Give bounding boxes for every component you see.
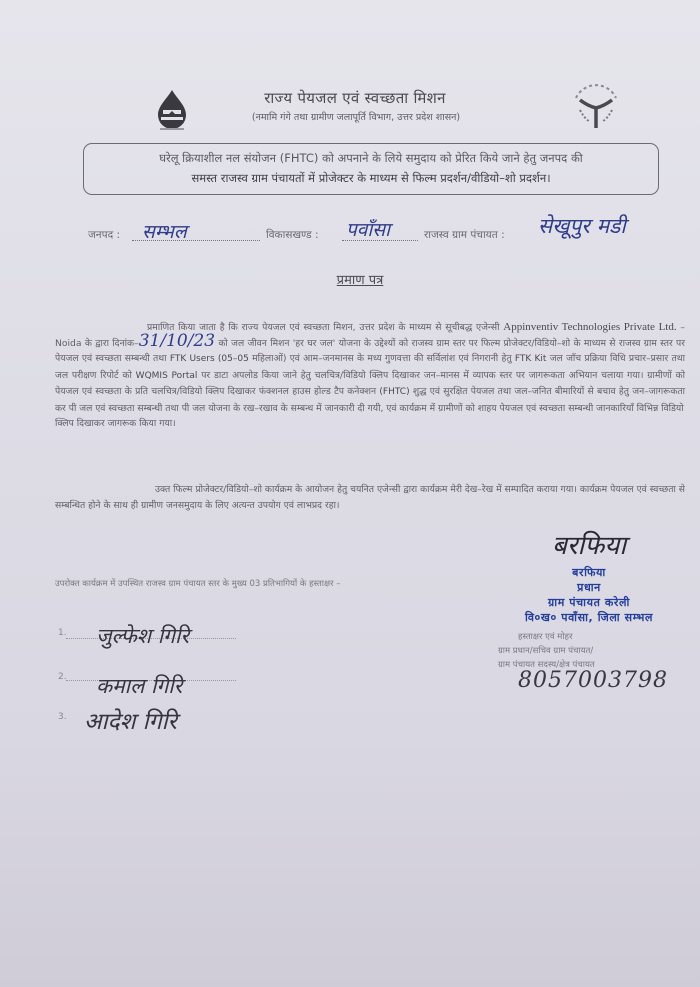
certificate-title: प्रमाण पत्र [300, 270, 420, 288]
sign-label: हस्ताक्षर एवं मोहर [498, 630, 678, 644]
attendee-number-3: 3. [58, 712, 67, 722]
district-label: जनपद : [88, 228, 120, 242]
stamp-panchayat: ग्राम पंचायत करेली [494, 595, 684, 610]
phone-number: 8057003798 [518, 668, 668, 693]
agency-name: Appinventiv Technologies Private Ltd. [503, 321, 676, 333]
attendee-signature-1: जुल्फेश गिरि [96, 622, 189, 650]
official-stamp: बरफिया प्रधान ग्राम पंचायत करेली वि०ख० प… [494, 565, 684, 625]
attendees-note: उपरोक्त कार्यक्रम में उपस्थित राजस्व ग्र… [55, 578, 415, 591]
stamp-block: वि०ख० पवाँसा, जिला सम्भल [494, 610, 684, 625]
panchayat-label: राजस्व ग्राम पंचायत : [424, 228, 505, 242]
block-value: पवाँसा [346, 216, 390, 242]
stamp-name: बरफिया [494, 565, 684, 580]
certificate-page: राज्य पेयजल एवं स्वच्छता मिशन (नमामि गंग… [0, 0, 700, 987]
location-fields: जनपद : सम्भल विकासखण्ड : पवाँसा राजस्व ग… [88, 218, 688, 254]
banner-line-2: समस्त राजस्व ग्राम पंचायतों में प्रोजेक्… [84, 168, 658, 188]
certificate-body: प्रमाणित किया जाता है कि राज्य पेयजल एवं… [55, 320, 685, 432]
role-line-1: ग्राम प्रधान/सचिव ग्राम पंचायत/ [498, 644, 678, 658]
stamp-post: प्रधान [494, 580, 684, 595]
mission-title: राज्य पेयजल एवं स्वच्छता मिशन [0, 88, 700, 108]
attendee-number-1: 1. [58, 628, 67, 638]
mission-subtitle: (नमामि गंगे तथा ग्रामीण जलापूर्ति विभाग,… [0, 110, 700, 123]
event-date: 31/10/23 [139, 331, 215, 351]
pradhan-signature: बरफिया [552, 526, 626, 562]
attendee-signature-3: आदेश गिरि [84, 704, 177, 736]
panchayat-value: सेखूपुर मडी [538, 212, 626, 240]
banner-line-1: घरेलू क्रियाशील नल संयोजन (FHTC) को अपना… [84, 148, 658, 168]
signatory-role: हस्ताक्षर एवं मोहर ग्राम प्रधान/सचिव ग्र… [498, 630, 678, 672]
certificate-body-2: उक्त फिल्म प्रोजेक्टर/विडियो–शो कार्यक्र… [55, 482, 685, 513]
program-banner: घरेलू क्रियाशील नल संयोजन (FHTC) को अपना… [83, 143, 659, 195]
block-label: विकासखण्ड : [266, 228, 319, 242]
attendee-signature-2: कमाल गिरि [96, 672, 182, 700]
district-value: सम्भल [142, 218, 187, 244]
